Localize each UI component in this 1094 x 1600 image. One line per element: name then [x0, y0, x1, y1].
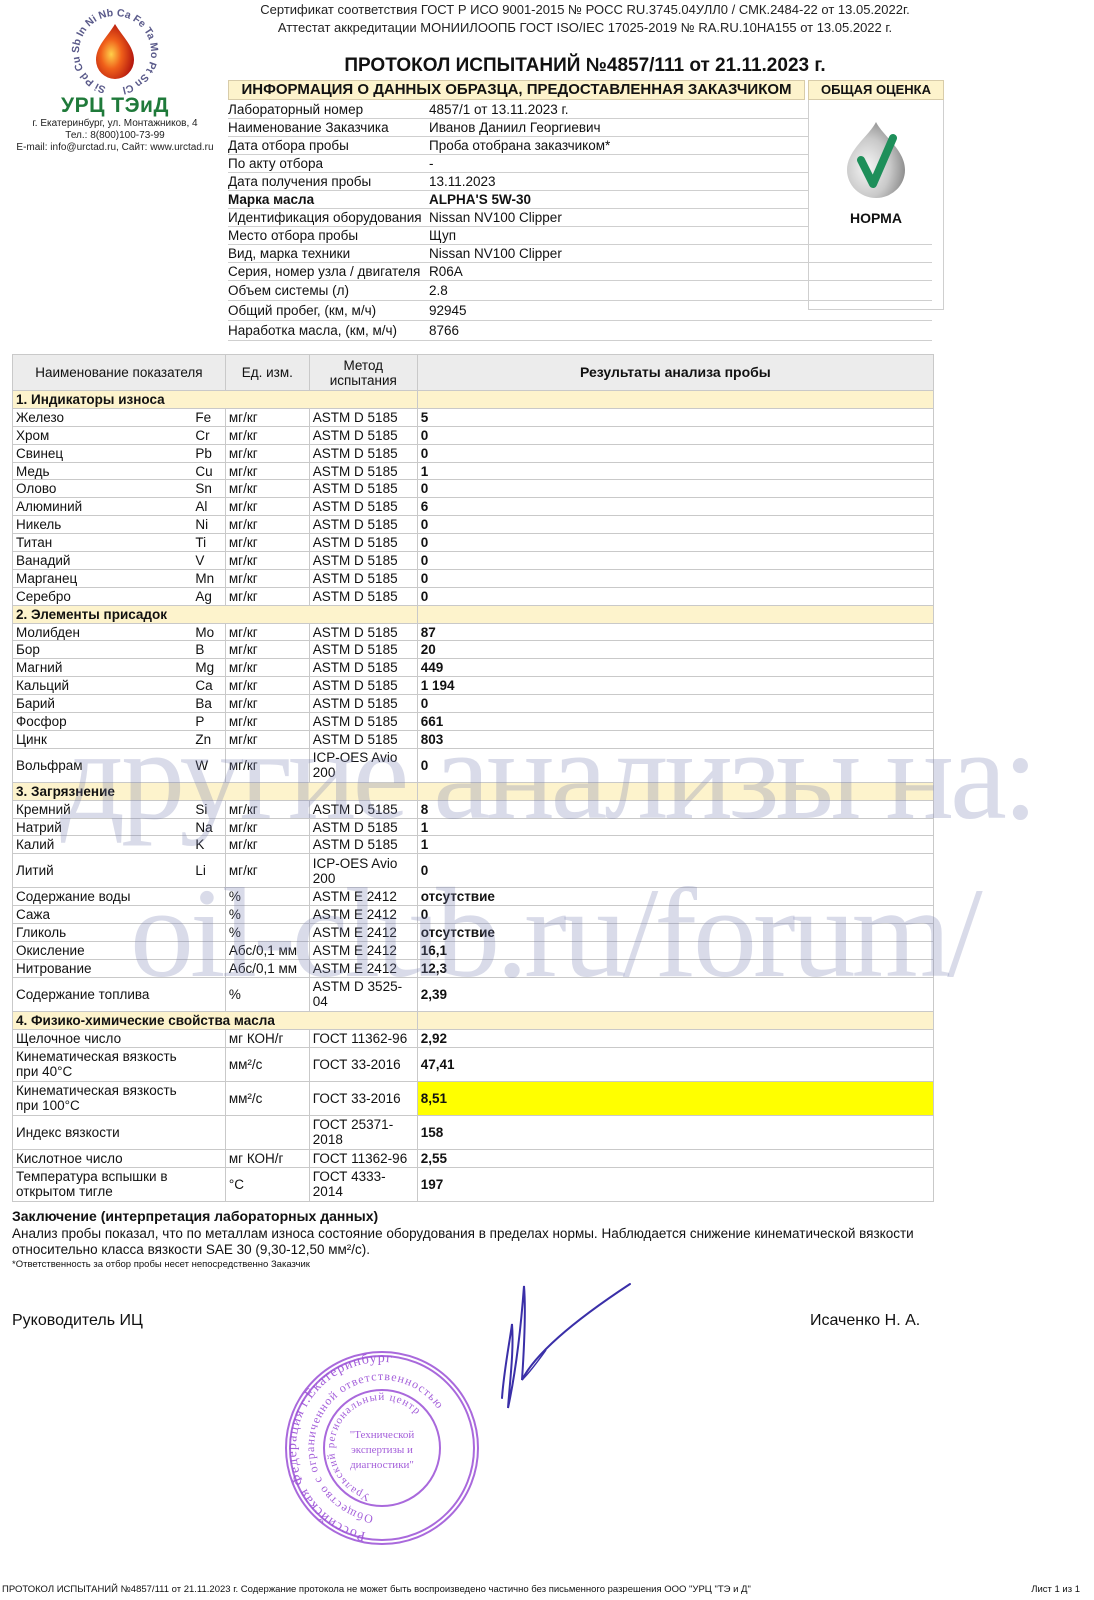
indicator-name: Железо	[13, 408, 193, 426]
element-symbol: Pb	[192, 444, 225, 462]
signer-name: Исаченко Н. А.	[810, 1312, 920, 1330]
table-row: Гликоль%ASTM E 2412отсутствие	[13, 924, 934, 942]
sample-info-header: ИНФОРМАЦИЯ О ДАННЫХ ОБРАЗЦА, ПРЕДОСТАВЛЕ…	[228, 80, 805, 100]
results-table: Наименование показателя Ед. изм. Метод и…	[12, 354, 934, 1202]
test-method: ASTM E 2412	[309, 942, 417, 960]
indicator-name: Магний	[13, 659, 193, 677]
element-symbol: V	[192, 552, 225, 570]
test-method: ГОСТ 11362-96	[309, 1029, 417, 1047]
element-symbol: Zn	[192, 730, 225, 748]
element-symbol: Fe	[192, 408, 225, 426]
test-method: ASTM D 5185	[309, 480, 417, 498]
table-row: МарганецMnмг/кгASTM D 51850	[13, 569, 934, 587]
table-row: Индекс вязкостиГОСТ 25371-2018158	[13, 1115, 934, 1149]
table-row: ТитанTiмг/кгASTM D 51850	[13, 534, 934, 552]
section-filler	[417, 391, 933, 409]
result-value: 1	[417, 836, 933, 854]
sample-info-value: -	[429, 155, 434, 172]
unit: мм²/с	[225, 1081, 309, 1115]
test-method: ASTM D 3525-04	[309, 977, 417, 1011]
result-value: 2,92	[417, 1029, 933, 1047]
sample-info-key: Идентификация оборудования	[228, 209, 422, 226]
table-row: БорBмг/кгASTM D 518520	[13, 641, 934, 659]
result-value: отсутствие	[417, 924, 933, 942]
result-value: 197	[417, 1167, 933, 1201]
unit: мг/кг	[225, 641, 309, 659]
sample-info-value: Проба отобрана заказчиком*	[429, 137, 610, 154]
test-method: ASTM D 5185	[309, 623, 417, 641]
table-row: СереброAgмг/кгASTM D 51850	[13, 587, 934, 605]
section-header-row: 2. Элементы присадок	[13, 605, 934, 623]
test-method: ASTM D 5185	[309, 462, 417, 480]
test-method: ASTM D 5185	[309, 534, 417, 552]
result-value: 2,39	[417, 977, 933, 1011]
result-value: 803	[417, 730, 933, 748]
table-row: МедьCuмг/кгASTM D 51851	[13, 462, 934, 480]
test-method: ASTM D 5185	[309, 516, 417, 534]
table-row: ЦинкZnмг/кгASTM D 5185803	[13, 730, 934, 748]
element-symbol: Cu	[192, 462, 225, 480]
sample-info-key: Наработка масла, (км, м/ч)	[228, 321, 397, 341]
result-value: 1	[417, 462, 933, 480]
sample-info-value: ALPHA'S 5W-30	[429, 191, 531, 208]
element-symbol: Ag	[192, 587, 225, 605]
company-address: г. Екатеринбург, ул. Монтажников, 4	[8, 118, 222, 130]
sample-info-key: Вид, марка техники	[228, 245, 350, 262]
sample-info-row: Марка маслаALPHA'S 5W-30	[228, 191, 808, 209]
sample-info-value: 2.8	[429, 281, 448, 301]
unit: %	[225, 977, 309, 1011]
result-value: 16,1	[417, 942, 933, 960]
sample-info-key: Место отбора пробы	[228, 227, 358, 244]
section-title: 2. Элементы присадок	[13, 605, 418, 623]
conclusion-title: Заключение (интерпретация лабораторных д…	[12, 1208, 378, 1224]
test-method: ASTM D 5185	[309, 498, 417, 516]
table-row: НитрованиеАбс/0,1 ммASTM E 241212,3	[13, 959, 934, 977]
result-value: 47,41	[417, 1047, 933, 1081]
table-row: Содержание топлива%ASTM D 3525-042,39	[13, 977, 934, 1011]
test-method: ICP-OES Avio 200	[309, 748, 417, 782]
sample-info-row: Дата получения пробы13.11.2023	[228, 173, 808, 191]
unit: мг/кг	[225, 800, 309, 818]
svg-text:диагностики": диагностики"	[350, 1459, 414, 1471]
result-value: 20	[417, 641, 933, 659]
sample-info-row: Идентификация оборудованияNissan NV100 C…	[228, 209, 808, 227]
unit: мг/кг	[225, 534, 309, 552]
sample-info-row: Лабораторный номер4857/1 от 13.11.2023 г…	[228, 101, 808, 119]
test-method: ГОСТ 33-2016	[309, 1081, 417, 1115]
result-value: 2,55	[417, 1149, 933, 1167]
sample-info-row: Наработка масла, (км, м/ч)8766	[228, 321, 932, 341]
sample-info-value: Nissan NV100 Clipper	[429, 209, 562, 226]
table-row: Сажа%ASTM E 24120	[13, 906, 934, 924]
unit: мг/кг	[225, 659, 309, 677]
test-method: ASTM D 5185	[309, 695, 417, 713]
indicator-name: Вольфрам	[13, 748, 193, 782]
company-phone: Тел.: 8(800)100-73-99	[8, 130, 222, 142]
result-value: 0	[417, 569, 933, 587]
indicator-name: Нитрование	[13, 959, 193, 977]
test-method: ASTM E 2412	[309, 924, 417, 942]
test-method: ASTM E 2412	[309, 959, 417, 977]
test-method: ASTM D 5185	[309, 408, 417, 426]
indicator-name: Бор	[13, 641, 193, 659]
unit	[225, 1115, 309, 1149]
result-value: 661	[417, 713, 933, 731]
section-filler	[417, 1011, 933, 1029]
element-symbol	[192, 906, 225, 924]
unit: мг/кг	[225, 552, 309, 570]
test-method: ASTM D 5185	[309, 641, 417, 659]
indicator-name: Барий	[13, 695, 193, 713]
indicator-name: Титан	[13, 534, 193, 552]
test-method: ASTM D 5185	[309, 730, 417, 748]
indicator-name: Никель	[13, 516, 193, 534]
element-symbol	[192, 942, 225, 960]
sample-info-row: Дата отбора пробыПроба отобрана заказчик…	[228, 137, 808, 155]
svg-text:экспертизы и: экспертизы и	[351, 1444, 413, 1456]
element-symbol	[192, 1081, 225, 1115]
table-row: Содержание воды%ASTM E 2412отсутствие	[13, 888, 934, 906]
unit: мг/кг	[225, 730, 309, 748]
signer-position: Руководитель ИЦ	[12, 1312, 143, 1330]
element-symbol: Li	[192, 854, 225, 888]
indicator-name: Содержание воды	[13, 888, 193, 906]
table-row: ВанадийVмг/кгASTM D 51850	[13, 552, 934, 570]
indicator-name: Температура вспышки в открытом тигле	[13, 1167, 193, 1201]
result-value: 1 194	[417, 677, 933, 695]
test-method: ASTM D 5185	[309, 818, 417, 836]
table-row: МагнийMgмг/кгASTM D 5185449	[13, 659, 934, 677]
test-method: ASTM E 2412	[309, 906, 417, 924]
unit: Абс/0,1 мм	[225, 942, 309, 960]
sample-info-rows: Лабораторный номер4857/1 от 13.11.2023 г…	[228, 101, 808, 341]
element-symbol: Ba	[192, 695, 225, 713]
test-method: ASTM D 5185	[309, 587, 417, 605]
result-value: 0	[417, 748, 933, 782]
unit: мг/кг	[225, 569, 309, 587]
unit: %	[225, 906, 309, 924]
sample-info-row: Вид, марка техникиNissan NV100 Clipper	[228, 245, 932, 263]
company-contacts: E-mail: info@urctad.ru, Сайт: www.urctad…	[8, 142, 222, 154]
result-value: 0	[417, 444, 933, 462]
result-value: 87	[417, 623, 933, 641]
table-row: Температура вспышки в открытом тигле°СГО…	[13, 1167, 934, 1201]
element-symbol	[192, 924, 225, 942]
unit: мг/кг	[225, 426, 309, 444]
indicator-name: Кислотное число	[13, 1149, 193, 1167]
sample-info-value: R06A	[429, 263, 463, 280]
sample-info-value: Nissan NV100 Clipper	[429, 245, 562, 262]
result-value: 0	[417, 695, 933, 713]
col-header-result: Результаты анализа пробы	[417, 355, 933, 391]
indicator-name: Цинк	[13, 730, 193, 748]
result-value: 6	[417, 498, 933, 516]
col-header-method: Метод испытания	[309, 355, 417, 391]
table-row: Кислотное числомг КОН/гГОСТ 11362-962,55	[13, 1149, 934, 1167]
test-method: ASTM D 5185	[309, 677, 417, 695]
table-row: СвинецPbмг/кгASTM D 51850	[13, 444, 934, 462]
accreditation-line: Аттестат аккредитации МОНИИЛООПБ ГОСТ IS…	[225, 20, 945, 35]
test-method: ASTM D 5185	[309, 569, 417, 587]
footer-disclaimer: ПРОТОКОЛ ИСПЫТАНИЙ №4857/111 от 21.11.20…	[2, 1584, 751, 1595]
element-symbol: P	[192, 713, 225, 731]
svg-text:"Технической: "Технической	[350, 1429, 415, 1441]
test-method: ASTM D 5185	[309, 800, 417, 818]
sample-info-key: Серия, номер узла / двигателя	[228, 263, 420, 280]
handwritten-signature-icon	[480, 1280, 650, 1430]
sample-info-key: Наименование Заказчика	[228, 119, 389, 136]
indicator-name: Марганец	[13, 569, 193, 587]
indicator-name: Медь	[13, 462, 193, 480]
test-method: ГОСТ 11362-96	[309, 1149, 417, 1167]
indicator-name: Олово	[13, 480, 193, 498]
unit: мг/кг	[225, 748, 309, 782]
sample-info-key: Дата отбора пробы	[228, 137, 349, 154]
element-symbol: W	[192, 748, 225, 782]
unit: мг/кг	[225, 408, 309, 426]
result-value: 0	[417, 854, 933, 888]
table-row: Кинематическая вязкость при 40°Смм²/сГОС…	[13, 1047, 934, 1081]
section-filler	[417, 782, 933, 800]
result-value: 0	[417, 480, 933, 498]
indicator-name: Алюминий	[13, 498, 193, 516]
col-header-name: Наименование показателя	[13, 355, 226, 391]
indicator-name: Молибден	[13, 623, 193, 641]
unit: мг/кг	[225, 695, 309, 713]
table-row: МолибденMoмг/кгASTM D 518587	[13, 623, 934, 641]
sample-info-row: По акту отбора-	[228, 155, 808, 173]
test-method: ГОСТ 25371-2018	[309, 1115, 417, 1149]
table-row: ОловоSnмг/кгASTM D 51850	[13, 480, 934, 498]
indicator-name: Гликоль	[13, 924, 193, 942]
table-row: ОкислениеАбс/0,1 ммASTM E 241216,1	[13, 942, 934, 960]
sample-info-row: Наименование ЗаказчикаИванов Даниил Геор…	[228, 119, 808, 137]
sample-info-row: Объем системы (л)2.8	[228, 281, 932, 301]
result-value: 5	[417, 408, 933, 426]
section-header-row: 4. Физико-химические свойства масла	[13, 1011, 934, 1029]
sample-info-key: Объем системы (л)	[228, 281, 349, 301]
result-value: 8	[417, 800, 933, 818]
result-value: 158	[417, 1115, 933, 1149]
element-symbol: Mo	[192, 623, 225, 641]
result-value: 0	[417, 587, 933, 605]
section-title: 4. Физико-химические свойства масла	[13, 1011, 418, 1029]
element-symbol	[192, 1115, 225, 1149]
section-filler	[417, 605, 933, 623]
table-row: ФосфорPмг/кгASTM D 5185661	[13, 713, 934, 731]
test-method: ICP-OES Avio 200	[309, 854, 417, 888]
element-symbol: Ca	[192, 677, 225, 695]
overall-score-label: НОРМА	[809, 210, 943, 226]
table-row: ЖелезоFeмг/кгASTM D 51855	[13, 408, 934, 426]
indicator-name: Калий	[13, 836, 193, 854]
element-symbol: Mn	[192, 569, 225, 587]
unit: мг КОН/г	[225, 1149, 309, 1167]
table-row: ЛитийLiмг/кгICP-OES Avio 2000	[13, 854, 934, 888]
section-title: 1. Индикаторы износа	[13, 391, 418, 409]
indicator-name: Содержание топлива	[13, 977, 193, 1011]
element-symbol	[192, 888, 225, 906]
indicator-name: Ванадий	[13, 552, 193, 570]
table-row: НикельNiмг/кгASTM D 51850	[13, 516, 934, 534]
unit: °С	[225, 1167, 309, 1201]
element-symbol: Na	[192, 818, 225, 836]
unit: %	[225, 888, 309, 906]
sample-info-key: Лабораторный номер	[228, 101, 363, 118]
sample-info-row: Место отбора пробыЩуп	[228, 227, 932, 245]
table-row: КалийKмг/кгASTM D 51851	[13, 836, 934, 854]
result-value: отсутствие	[417, 888, 933, 906]
indicator-name: Натрий	[13, 818, 193, 836]
indicator-name: Индекс вязкости	[13, 1115, 193, 1149]
section-header-row: 1. Индикаторы износа	[13, 391, 934, 409]
sample-info-value: 8766	[429, 321, 459, 341]
sample-info-key: Общий пробег, (км, м/ч)	[228, 301, 376, 321]
table-row: АлюминийAlмг/кгASTM D 51856	[13, 498, 934, 516]
result-value: 0	[417, 516, 933, 534]
test-method: ASTM D 5185	[309, 552, 417, 570]
page-title: ПРОТОКОЛ ИСПЫТАНИЙ №4857/111 от 21.11.20…	[225, 55, 945, 77]
col-header-unit: Ед. изм.	[225, 355, 309, 391]
footnote: *Ответственность за отбор пробы несет не…	[12, 1259, 310, 1270]
element-symbol	[192, 1029, 225, 1047]
result-value: 449	[417, 659, 933, 677]
element-symbol: Si	[192, 800, 225, 818]
sample-info-value: 13.11.2023	[429, 173, 496, 190]
sample-info-row: Серия, номер узла / двигателяR06A	[228, 263, 932, 281]
unit: мг/кг	[225, 462, 309, 480]
table-row: ВольфрамWмг/кгICP-OES Avio 2000	[13, 748, 934, 782]
official-stamp-icon: Российская Федерация г.Екатеринбург Обще…	[282, 1348, 482, 1548]
indicator-name: Литий	[13, 854, 193, 888]
sample-info-value: 92945	[429, 301, 467, 321]
test-method: ГОСТ 33-2016	[309, 1047, 417, 1081]
element-symbol	[192, 959, 225, 977]
element-symbol	[192, 1149, 225, 1167]
unit: мг КОН/г	[225, 1029, 309, 1047]
section-header-row: 3. Загрязнение	[13, 782, 934, 800]
table-row: Кинематическая вязкость при 100°Смм²/сГО…	[13, 1081, 934, 1115]
indicator-name: Сажа	[13, 906, 193, 924]
indicator-name: Фосфор	[13, 713, 193, 731]
unit: Абс/0,1 мм	[225, 959, 309, 977]
element-symbol: Mg	[192, 659, 225, 677]
unit: мг/кг	[225, 713, 309, 731]
conclusion-text: Анализ пробы показал, что по металлам из…	[12, 1226, 932, 1258]
check-drop-icon	[843, 120, 909, 200]
indicator-name: Хром	[13, 426, 193, 444]
unit: мг/кг	[225, 498, 309, 516]
result-value: 1	[417, 818, 933, 836]
element-symbol	[192, 1167, 225, 1201]
element-symbol: Sn	[192, 480, 225, 498]
test-method: ASTM D 5185	[309, 659, 417, 677]
result-value: 0	[417, 906, 933, 924]
sample-info-value: Щуп	[429, 227, 456, 244]
indicator-name: Кинематическая вязкость при 100°С	[13, 1081, 193, 1115]
page-counter: Лист 1 из 1	[1031, 1584, 1080, 1595]
unit: %	[225, 924, 309, 942]
result-value: 0	[417, 534, 933, 552]
element-symbol: Al	[192, 498, 225, 516]
indicator-name: Серебро	[13, 587, 193, 605]
element-symbol: Ni	[192, 516, 225, 534]
unit: мг/кг	[225, 623, 309, 641]
element-symbol	[192, 977, 225, 1011]
unit: мм²/с	[225, 1047, 309, 1081]
test-method: ASTM D 5185	[309, 444, 417, 462]
section-title: 3. Загрязнение	[13, 782, 418, 800]
result-value: 0	[417, 426, 933, 444]
test-method: ASTM D 5185	[309, 713, 417, 731]
indicator-name: Окисление	[13, 942, 193, 960]
result-value: 12,3	[417, 959, 933, 977]
indicator-name: Кинематическая вязкость при 40°С	[13, 1047, 193, 1081]
test-method: ASTM D 5185	[309, 836, 417, 854]
certificate-line: Сертификат соответствия ГОСТ Р ИСО 9001-…	[225, 2, 945, 17]
result-value: 8,51	[417, 1081, 933, 1115]
table-row: НатрийNaмг/кгASTM D 51851	[13, 818, 934, 836]
table-row: БарийBaмг/кгASTM D 51850	[13, 695, 934, 713]
test-method: ГОСТ 4333-2014	[309, 1167, 417, 1201]
sample-info-key: По акту отбора	[228, 155, 323, 172]
unit: мг/кг	[225, 444, 309, 462]
indicator-name: Кремний	[13, 800, 193, 818]
result-value: 0	[417, 552, 933, 570]
unit: мг/кг	[225, 818, 309, 836]
unit: мг/кг	[225, 836, 309, 854]
unit: мг/кг	[225, 480, 309, 498]
unit: мг/кг	[225, 587, 309, 605]
table-row: КремнийSiмг/кгASTM D 51858	[13, 800, 934, 818]
indicator-name: Свинец	[13, 444, 193, 462]
test-method: ASTM D 5185	[309, 426, 417, 444]
unit: мг/кг	[225, 854, 309, 888]
element-symbol: Ti	[192, 534, 225, 552]
element-symbol: B	[192, 641, 225, 659]
element-symbol	[192, 1047, 225, 1081]
unit: мг/кг	[225, 677, 309, 695]
company-name: УРЦ ТЭиД	[8, 94, 222, 118]
results-header-row: Наименование показателя Ед. изм. Метод и…	[13, 355, 934, 391]
overall-score-header: ОБЩАЯ ОЦЕНКА	[808, 80, 944, 100]
oil-drop-logo-icon: Si Pd Cu Sb In Ni Nb Ca Fe Ta Mo Pt Sn C…	[60, 6, 170, 96]
sample-info-row: Общий пробег, (км, м/ч)92945	[228, 301, 932, 321]
sample-info-key: Марка масла	[228, 191, 314, 208]
test-method: ASTM E 2412	[309, 888, 417, 906]
element-symbol: K	[192, 836, 225, 854]
table-row: КальцийCaмг/кгASTM D 51851 194	[13, 677, 934, 695]
sample-info-value: 4857/1 от 13.11.2023 г.	[429, 101, 569, 118]
table-row: ХромCrмг/кгASTM D 51850	[13, 426, 934, 444]
table-row: Щелочное числомг КОН/гГОСТ 11362-962,92	[13, 1029, 934, 1047]
indicator-name: Кальций	[13, 677, 193, 695]
sample-info-value: Иванов Даниил Георгиевич	[429, 119, 601, 136]
sample-info-key: Дата получения пробы	[228, 173, 371, 190]
element-symbol: Cr	[192, 426, 225, 444]
indicator-name: Щелочное число	[13, 1029, 193, 1047]
company-logo: Si Pd Cu Sb In Ni Nb Ca Fe Ta Mo Pt Sn C…	[8, 6, 222, 154]
unit: мг/кг	[225, 516, 309, 534]
